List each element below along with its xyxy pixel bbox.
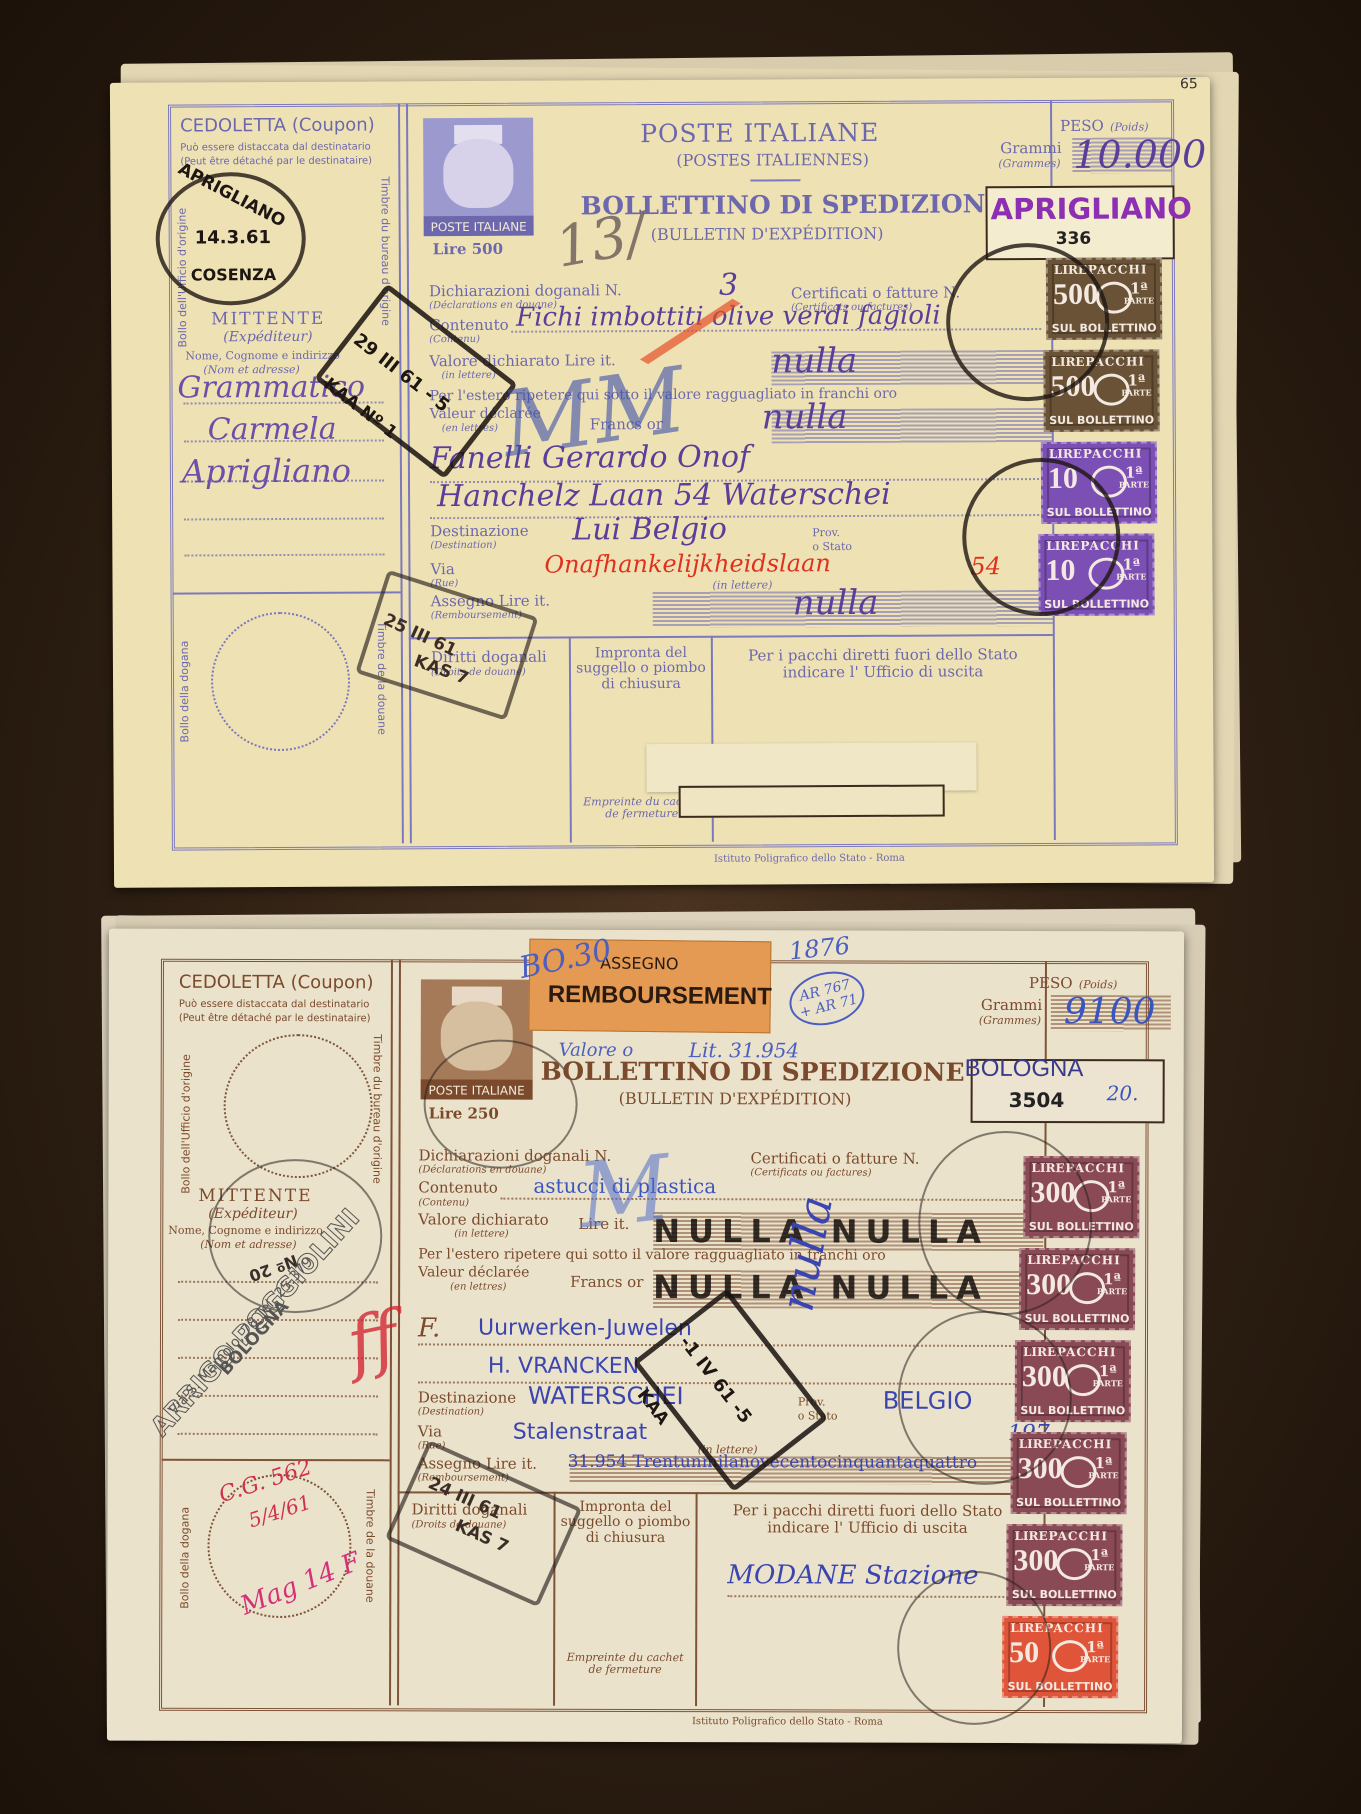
prov-label: Prov. xyxy=(812,527,840,539)
exit-office-label: Per i pacchi diretti fuori dello Stato i… xyxy=(723,646,1043,681)
francs-value: nulla xyxy=(762,397,848,437)
via-label: Via xyxy=(430,561,454,578)
stamp-part: 1ªPARTE xyxy=(1124,281,1154,304)
weight-value: 9100 xyxy=(1064,991,1156,1032)
coupon-title: CEDOLETTA (Coupon) xyxy=(179,973,374,993)
stamp-part: 1ªPARTE xyxy=(1119,465,1149,488)
content-label-fr: (Contenu) xyxy=(418,1197,469,1208)
grams-label: Grammi xyxy=(1000,140,1061,157)
exit-office-label: Per i pacchi diretti fuori dello Stato i… xyxy=(707,1502,1027,1536)
stamp-label: PACCHI xyxy=(1053,1437,1113,1451)
stamp-label: PACCHI xyxy=(1044,1621,1104,1635)
postmark-date: 14.3.61 xyxy=(195,228,271,248)
stamp-part: 1ªPARTE xyxy=(1101,1180,1131,1203)
header-rule xyxy=(750,179,800,181)
in-lettere-label: (in lettere) xyxy=(713,579,773,591)
exit-office-box xyxy=(679,785,945,818)
coupon-subtitle: Può essere distaccata dal destinatario xyxy=(180,142,371,154)
certificates-label: Certificati o fatture N. xyxy=(750,1150,919,1167)
destination-value: Lui Belgio xyxy=(572,512,727,548)
weight-label-fr: (Poids) xyxy=(1079,979,1117,991)
customs-label-fr: Timbre de la douane xyxy=(363,1489,375,1609)
stamp-part: 1ªPARTE xyxy=(1097,1272,1127,1295)
grams-label: Grammi xyxy=(981,997,1042,1014)
sender-title: MITTENTE xyxy=(211,310,325,329)
coupon-subtitle-fr: (Peut être détaché par le destinataire) xyxy=(179,1013,371,1025)
cod-value: nulla xyxy=(793,583,879,623)
origin-office-label: Bollo dell'Ufficio d'origine xyxy=(180,1034,193,1194)
header-title-fr: (POSTES ITALIENNES) xyxy=(676,151,869,170)
origin-office-label-fr: Timbre du bureau d'origine xyxy=(370,1034,383,1194)
form-title: BOLLETTINO DI SPEDIZIONE xyxy=(580,190,1004,220)
postmark-province: COSENZA xyxy=(191,266,276,284)
corner-pencil-mark: 65 xyxy=(1180,77,1198,92)
addressee-prefix: F. xyxy=(418,1313,440,1343)
customs-label: Bollo della dogana xyxy=(179,1489,191,1609)
customs-declaration-label-fr: (Déclarations en douane) xyxy=(418,1164,546,1175)
stamp-value: 300 xyxy=(1013,1544,1058,1578)
addressee-line-2: H. VRANCKEN xyxy=(488,1354,639,1379)
seal-label-fr: Empreinte du cachet de fermeture xyxy=(559,1652,691,1677)
parcel-form-bottom: CEDOLETTA (Coupon) Può essere distaccata… xyxy=(107,929,1184,1744)
stamp-label: PACCHI xyxy=(1057,1345,1117,1359)
via-label: Via xyxy=(418,1423,442,1440)
declared-value-label: Valore dichiarato xyxy=(418,1211,548,1228)
via-value: Onafhankelijkheidslaan xyxy=(544,549,831,578)
destination-label: Destinazione xyxy=(418,1389,516,1406)
form-title-fr: (BULLETIN D'EXPÉDITION) xyxy=(619,1090,852,1108)
certificates-label-fr: (Certificats ou factures) xyxy=(750,1167,871,1178)
origin-stamp-circle xyxy=(223,1034,372,1178)
stamp-currency: LIRE xyxy=(1014,1529,1047,1543)
sender-label: Nome, Cognome e indirizzo xyxy=(185,350,340,363)
destination-label-fr: (Destination) xyxy=(418,1406,484,1417)
office-stamp-number: 3504 xyxy=(1009,1089,1065,1111)
stamp-label: PACCHI xyxy=(1088,262,1148,276)
declared-value-value: nulla xyxy=(771,341,857,381)
printer-imprint: Istituto Poligrafico dello Stato - Roma xyxy=(714,853,905,865)
stamp-part: 1ªPARTE xyxy=(1088,1456,1118,1479)
postmark-stamps-1 xyxy=(918,1131,1092,1315)
francs-label: Francs or xyxy=(570,1274,643,1291)
stamp-footer: SUL BOLLETTINO xyxy=(1021,1312,1133,1325)
postmark-stamps-1 xyxy=(946,243,1110,402)
office-stamp-number: 336 xyxy=(1056,230,1092,249)
stamp-part: 1ªPARTE xyxy=(1093,1364,1123,1387)
coupon-subtitle: Può essere distaccata dal destinatario xyxy=(179,999,370,1010)
stamp-footer: SUL BOLLETTINO xyxy=(1046,413,1158,427)
coupon-title: CEDOLETTA (Coupon) xyxy=(180,115,375,136)
cod-sticker-main: REMBOURSEMENT xyxy=(548,982,772,1011)
destination-label-fr: (Destination) xyxy=(430,540,496,551)
postmark-stamps-2 xyxy=(898,1311,1072,1485)
destination-label: Destinazione xyxy=(430,523,528,540)
sender-town: Aprigliano xyxy=(182,452,351,491)
stamp-label: PACCHI xyxy=(1048,1529,1108,1543)
stamp-footer: SUL BOLLETTINO xyxy=(1013,1496,1125,1509)
weight-value: 10.000 xyxy=(1073,132,1206,177)
parcel-form-top: CEDOLETTA (Coupon) Può essere distaccata… xyxy=(110,77,1214,888)
grams-label-fr: (Grammes) xyxy=(979,1015,1041,1027)
weight-label: PESO xyxy=(1029,975,1073,992)
indicia-value: Lire 500 xyxy=(433,241,503,258)
customs-stamp-circle xyxy=(211,612,351,752)
header-title: POSTE ITALIANE xyxy=(640,119,879,148)
declared-value-label-fr: (in lettere) xyxy=(454,1228,508,1239)
seal-label: Impronta del suggello o piombo di chiusu… xyxy=(575,646,707,693)
value-note: Valore o xyxy=(559,1040,634,1061)
postmark-stamps-3 xyxy=(897,1571,1051,1725)
seal-label: Impronta del suggello o piombo di chiusu… xyxy=(559,1500,691,1547)
sender-title-fr: (Expéditeur) xyxy=(223,330,312,346)
sender-surname: Carmela xyxy=(208,412,337,448)
stamp-part: 1ªPARTE xyxy=(1121,373,1151,396)
valeur-label-fr: (en lettres) xyxy=(450,1281,506,1292)
printed-postage-indicia: POSTE ITALIANE xyxy=(423,118,534,237)
value-note-amount: Lit. 31.954 xyxy=(689,1038,799,1062)
office-stamp-name: BOLOGNA xyxy=(965,1055,1084,1083)
office-stamp-name: APRIGLIANO xyxy=(990,193,1191,226)
indicia-label: POSTE ITALIANE xyxy=(424,216,534,237)
certificates-label: Certificati o fatture N. xyxy=(791,284,960,301)
stamp-label: PACCHI xyxy=(1083,446,1143,460)
coupon-subtitle-fr: (Peut être détaché par le destinataire) xyxy=(180,156,372,168)
customs-declaration-label: Dichiarazioni doganali N. xyxy=(429,282,622,300)
blue-pencil-scribble: M xyxy=(573,1136,675,1250)
via-value: Stalenstraat xyxy=(513,1420,647,1445)
addressee-line-1: Uurwerken-Juwelen xyxy=(478,1316,692,1342)
printer-imprint: Istituto Poligrafico dello Stato - Roma xyxy=(692,1716,883,1727)
italia-turrita-head-icon xyxy=(443,139,514,208)
customs-label: Bollo della dogana xyxy=(179,622,192,742)
stamp-part: 1ªPARTE xyxy=(1116,557,1146,580)
postmark-stamps-2 xyxy=(962,458,1121,617)
content-label: Contenuto xyxy=(418,1179,497,1196)
valeur-label: Valeur déclarée xyxy=(418,1265,529,1281)
stamp-part: 1ªPARTE xyxy=(1080,1640,1110,1663)
stamp-part: 1ªPARTE xyxy=(1084,1548,1114,1571)
office-stamp-suffix: 20. xyxy=(1107,1081,1139,1105)
form-title-fr: (BULLETIN D'EXPÉDITION) xyxy=(651,225,884,244)
grams-label-fr: (Grammes) xyxy=(998,158,1060,170)
